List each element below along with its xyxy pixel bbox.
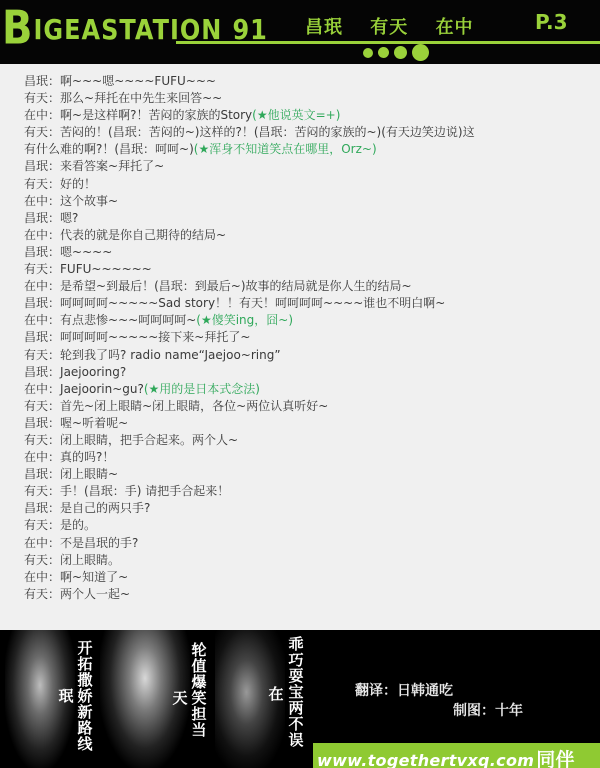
speaker-separator: ：: [48, 159, 60, 173]
translator-note: (★他说英文=+): [252, 108, 340, 122]
speaker-name: 有天: [24, 433, 48, 447]
member-name: 有天: [370, 17, 408, 38]
member-name-label: 在: [268, 686, 284, 702]
speaker-separator: ：: [48, 467, 60, 481]
site-logo: Bigeastation 91: [2, 2, 268, 55]
translator-note: (★用的是日本式念法): [144, 382, 260, 396]
site-name: 同伴: [536, 749, 575, 768]
speaker-name: 在中: [24, 570, 48, 584]
dialogue-line: 昌珉：来看答案~拜托了~: [24, 158, 594, 175]
dialogue-line: 在中：有点悲惨~~~呵呵呵呵~(★傻笑ing，囧~): [24, 312, 594, 329]
speaker-separator: ：: [48, 330, 60, 344]
speaker-name: 在中: [24, 194, 48, 208]
speaker-separator: ：: [48, 501, 60, 515]
member-name-label: 天: [172, 690, 188, 706]
logo-initial: B: [2, 2, 34, 55]
speaker-separator: ：: [48, 91, 60, 105]
speaker-name: 昌珉: [24, 365, 48, 379]
speaker-separator: ：: [48, 228, 60, 242]
dialogue-text: 首先~闭上眼睛~闭上眼睛，各位~两位认真听好~: [60, 399, 328, 413]
dialogue-text: 真的吗?！: [60, 450, 114, 464]
dialogue-text: 闭上眼睛，把手合起来。两个人~: [60, 433, 238, 447]
dialogue-line: 昌珉：是自己的两只手?: [24, 500, 594, 517]
dialogue-text: Jaejooring?: [60, 365, 126, 379]
dialogue-line: 在中：啊~是这样啊?！苦闷的家族的Story(★他说英文=+): [24, 107, 594, 124]
dialogue-text: 闭上眼睛~: [60, 467, 118, 481]
dialogue-text: 闭上眼睛。: [60, 553, 120, 567]
speaker-name: 在中: [24, 228, 48, 242]
dialogue-line: 昌珉：呵呵呵呵~~~~~Sad story！！有天！呵呵呵呵~~~~谁也不明白啊…: [24, 295, 594, 312]
transcript-area: 昌珉：啊~~~嗯~~~~FUFU~~~有天：那么~拜托在中先生来回答~~在中：啊…: [0, 64, 600, 630]
member-name: 昌珉: [305, 17, 343, 38]
speaker-separator: ：: [48, 279, 60, 293]
dialogue-text: 那么~拜托在中先生来回答~~: [60, 91, 222, 105]
dot-icon: [378, 47, 389, 58]
page-number: P.3: [535, 10, 568, 34]
speaker-separator: ：: [48, 382, 60, 396]
dialogue-text: 不是昌珉的手?: [60, 536, 138, 550]
dialogue-line: 昌珉：闭上眼睛~: [24, 466, 594, 483]
speaker-separator: ：: [48, 553, 60, 567]
member-name-label: 珉: [58, 688, 74, 704]
decorative-dots: [363, 44, 434, 61]
translator-note: (★傻笑ing，囧~): [196, 313, 293, 327]
dot-icon: [412, 44, 429, 61]
dialogue-line: 在中：是希望~到最后！(昌珉：到最后~)故事的结局就是你人生的结局~: [24, 278, 594, 295]
speaker-separator: ：: [48, 296, 60, 310]
dialogue-text: 嗯?: [60, 211, 78, 225]
speaker-separator: ：: [48, 74, 60, 88]
speaker-name: 有天: [24, 553, 48, 567]
speaker-name: 有天: [24, 518, 48, 532]
speaker-name: 在中: [24, 108, 48, 122]
speaker-name: 昌珉: [24, 245, 48, 259]
speaker-name: 在中: [24, 279, 48, 293]
speaker-separator: ：: [48, 587, 60, 601]
speaker-separator: ：: [48, 348, 60, 362]
speaker-name: 在中: [24, 313, 48, 327]
dialogue-line: 在中：代表的就是你自己期待的结局~: [24, 227, 594, 244]
dialogue-line: 在中：啊~知道了~: [24, 569, 594, 586]
dialogue-text: 手！(昌珉：手) 请把手合起来！: [60, 484, 229, 498]
member-names: 昌珉 有天 在中: [305, 13, 494, 39]
site-url-bar[interactable]: www.togethertvxq.com同伴: [313, 743, 600, 768]
dot-icon: [363, 48, 373, 58]
speaker-separator: ：: [48, 536, 60, 550]
dialogue-text: 啊~知道了~: [60, 570, 128, 584]
dialogue-line: 有天：闭上眼睛。: [24, 552, 594, 569]
dialogue-text: 代表的就是你自己期待的结局~: [60, 228, 226, 242]
member-slogan: 开拓撒娇新路线: [77, 640, 93, 752]
header-banner: Bigeastation 91 昌珉 有天 在中 P.3: [0, 0, 600, 64]
dialogue-text: 呵呵呵呵~~~~~接下来~拜托了~: [60, 330, 250, 344]
dialogue-line: 有天：闭上眼睛，把手合起来。两个人~: [24, 432, 594, 449]
dialogue-line: 在中：这个故事~: [24, 193, 594, 210]
speaker-name: 有天: [24, 587, 48, 601]
dialogue-line: 在中：Jaejoorin~gu?(★用的是日本式念法): [24, 381, 594, 398]
dialogue-line: 有天：是的。: [24, 517, 594, 534]
translator-credit: 翻译：日韩通吃: [355, 680, 453, 700]
dialogue-text: 是的。: [60, 518, 96, 532]
dialogue-text: Jaejoorin~gu?: [60, 382, 144, 396]
dialogue-line: 有天：好的！: [24, 176, 594, 193]
dialogue-line: 有天：FUFU~~~~~~: [24, 261, 594, 278]
dialogue-text: 喔~听着呢~: [60, 416, 128, 430]
designer-credit: 制图：十年: [453, 700, 523, 720]
dialogue-text: 是自己的两只手?: [60, 501, 150, 515]
speaker-name: 在中: [24, 450, 48, 464]
member-slogan: 乖巧耍宝两不误: [288, 636, 304, 748]
dialogue-text: 呵呵呵呵~~~~~Sad story！！有天！呵呵呵呵~~~~谁也不明白啊~: [60, 296, 445, 310]
dialogue-line: 有天：轮到我了吗? radio name“Jaejoo~ring”: [24, 347, 594, 364]
speaker-name: 有天: [24, 399, 48, 413]
dialogue-text: 轮到我了吗? radio name“Jaejoo~ring”: [60, 348, 281, 362]
speaker-separator: ：: [48, 433, 60, 447]
speaker-name: 昌珉: [24, 159, 48, 173]
speaker-separator: ：: [48, 570, 60, 584]
speaker-name: 昌珉: [24, 296, 48, 310]
dialogue-text: 来看答案~拜托了~: [60, 159, 164, 173]
dialogue-line: 昌珉：呵呵呵呵~~~~~接下来~拜托了~: [24, 329, 594, 346]
speaker-separator: ：: [48, 108, 60, 122]
url-text: www.togethertvxq.com: [317, 751, 534, 768]
speaker-separator: ：: [48, 262, 60, 276]
speaker-name: 昌珉: [24, 330, 48, 344]
dialogue-list: 昌珉：啊~~~嗯~~~~FUFU~~~有天：那么~拜托在中先生来回答~~在中：啊…: [24, 73, 594, 603]
speaker-separator: ：: [48, 177, 60, 191]
dialogue-line: 在中：真的吗?！: [24, 449, 594, 466]
site-url[interactable]: www.togethertvxq.com同伴: [317, 745, 575, 768]
speaker-name: 有天: [24, 484, 48, 498]
translator-note: (★浑身不知道笑点在哪里，Orz~): [194, 142, 377, 156]
dialogue-text: 有什么难的啊?！(昌珉：呵呵~): [24, 142, 194, 156]
dialogue-line: 在中：不是昌珉的手?: [24, 535, 594, 552]
dialogue-text: 啊~是这样啊?！苦闷的家族的Story: [60, 108, 252, 122]
dialogue-line: 有天：首先~闭上眼睛~闭上眼睛，各位~两位认真听好~: [24, 398, 594, 415]
dot-icon: [394, 46, 407, 59]
dialogue-text: 苦闷的！(昌珉：苦闷的~)这样的?！(昌珉：苦闷的家族的~)(有天边笑边说)这: [60, 125, 475, 139]
dialogue-text: 嗯~~~~: [60, 245, 112, 259]
speaker-name: 在中: [24, 382, 48, 396]
speaker-name: 有天: [24, 91, 48, 105]
member-name: 在中: [436, 17, 474, 38]
speaker-separator: ：: [48, 518, 60, 532]
speaker-name: 有天: [24, 177, 48, 191]
member-slogan: 轮值爆笑担当: [191, 642, 207, 738]
speaker-separator: ：: [48, 125, 60, 139]
dialogue-line: 有天：苦闷的！(昌珉：苦闷的~)这样的?！(昌珉：苦闷的家族的~)(有天边笑边说…: [24, 124, 594, 141]
speaker-separator: ：: [48, 416, 60, 430]
dialogue-text: 这个故事~: [60, 194, 118, 208]
dialogue-line: 有天：两个人一起~: [24, 586, 594, 603]
speaker-name: 昌珉: [24, 467, 48, 481]
dialogue-line: 昌珉：嗯?: [24, 210, 594, 227]
speaker-name: 昌珉: [24, 211, 48, 225]
dialogue-text: FUFU~~~~~~: [60, 262, 152, 276]
dialogue-line: 有天：手！(昌珉：手) 请把手合起来！: [24, 483, 594, 500]
speaker-name: 有天: [24, 262, 48, 276]
footer-banner: 珉 开拓撒娇新路线 天 轮值爆笑担当 在 乖巧耍宝两不误 翻译：日韩通吃 制图：…: [0, 630, 600, 768]
dialogue-text: 有点悲惨~~~呵呵呵呵~: [60, 313, 196, 327]
speaker-separator: ：: [48, 484, 60, 498]
speaker-name: 昌珉: [24, 501, 48, 515]
speaker-name: 有天: [24, 348, 48, 362]
speaker-name: 昌珉: [24, 74, 48, 88]
speaker-separator: ：: [48, 365, 60, 379]
dialogue-line: 有天：那么~拜托在中先生来回答~~: [24, 90, 594, 107]
speaker-separator: ：: [48, 194, 60, 208]
dialogue-text: 啊~~~嗯~~~~FUFU~~~: [60, 74, 216, 88]
dialogue-line: 昌珉：嗯~~~~: [24, 244, 594, 261]
speaker-separator: ：: [48, 450, 60, 464]
dialogue-line: 昌珉：喔~听着呢~: [24, 415, 594, 432]
speaker-name: 在中: [24, 536, 48, 550]
speaker-name: 昌珉: [24, 416, 48, 430]
dialogue-text: 好的！: [60, 177, 96, 191]
dialogue-line: 昌珉：啊~~~嗯~~~~FUFU~~~: [24, 73, 594, 90]
dialogue-line: 有什么难的啊?！(昌珉：呵呵~)(★浑身不知道笑点在哪里，Orz~): [24, 141, 594, 158]
dialogue-line: 昌珉：Jaejooring?: [24, 364, 594, 381]
speaker-separator: ：: [48, 399, 60, 413]
speaker-separator: ：: [48, 313, 60, 327]
dialogue-text: 两个人一起~: [60, 587, 130, 601]
speaker-separator: ：: [48, 245, 60, 259]
speaker-separator: ：: [48, 211, 60, 225]
dialogue-text: 是希望~到最后！(昌珉：到最后~)故事的结局就是你人生的结局~: [60, 279, 412, 293]
speaker-name: 有天: [24, 125, 48, 139]
